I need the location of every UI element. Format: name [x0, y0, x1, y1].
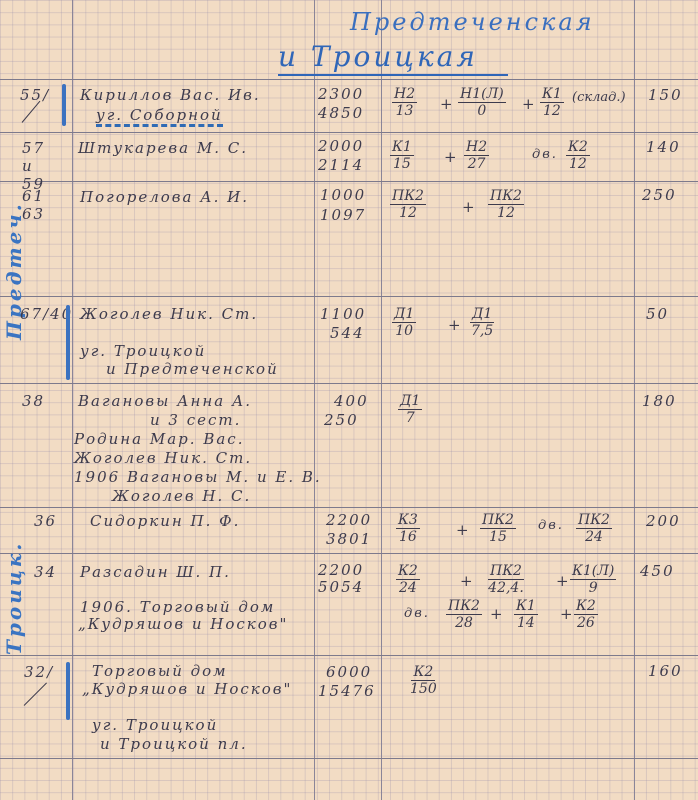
- area-bottom: 250: [324, 411, 359, 429]
- fraction-den: 7: [406, 410, 415, 426]
- area-top: 6000: [326, 663, 372, 681]
- fraction-den: 16: [399, 529, 417, 545]
- fraction-num: К2: [574, 598, 598, 615]
- building-fraction: Д17,5: [470, 306, 494, 339]
- value: 250: [642, 186, 677, 204]
- owner-note-line2: и Троицкой пл.: [100, 735, 248, 753]
- lot-slash: [24, 683, 47, 706]
- fraction-den: 24: [585, 529, 603, 545]
- building-fraction: Н227: [464, 139, 489, 172]
- value: 180: [642, 392, 677, 410]
- fraction-den: 27: [468, 156, 486, 172]
- fraction-num: К3: [396, 512, 420, 529]
- lot-number: 55/: [20, 86, 50, 104]
- area-top: 2200: [326, 511, 372, 529]
- area-top: 1100: [320, 305, 366, 323]
- fraction-den: 28: [455, 615, 473, 631]
- value: 150: [648, 86, 683, 104]
- yard-label: дв.: [538, 518, 564, 533]
- fraction-den: 15: [393, 156, 411, 172]
- column-divider-owner: [314, 0, 315, 800]
- fraction-num: Н1(Л): [458, 86, 506, 103]
- fraction-den: 42,4.: [488, 580, 524, 596]
- area-bottom: 5054: [318, 578, 364, 596]
- lot-number: 57 и 59: [22, 139, 52, 193]
- fraction-den: 7,5: [471, 323, 493, 339]
- owner-line: Жоголев Н. С.: [112, 487, 251, 505]
- street-title-line2: и Троицкая: [278, 40, 478, 73]
- fraction-den: 12: [543, 103, 561, 119]
- area-bottom: 4850: [318, 104, 364, 122]
- column-divider-number: [72, 0, 73, 800]
- area-top: 2300: [318, 85, 364, 103]
- plus-sign: +: [456, 521, 469, 539]
- area-bottom: 3801: [326, 530, 372, 548]
- plus-sign: +: [490, 605, 503, 623]
- owner-note-line2: и Предтеченской: [106, 360, 279, 378]
- fraction-num: ПК2: [480, 512, 516, 529]
- area-top: 2200: [318, 561, 364, 579]
- fraction-den: 24: [399, 580, 417, 596]
- building-fraction: Н1(Л)0: [458, 86, 506, 119]
- blue-bracket: [62, 84, 66, 126]
- fraction-num: Н2: [392, 86, 417, 103]
- area-top: 2000: [318, 137, 364, 155]
- area-top: 1000: [320, 186, 366, 204]
- fraction-num: Д1: [470, 306, 494, 323]
- yard-building-fraction: ПК224: [576, 512, 612, 545]
- value: 160: [648, 662, 683, 680]
- fraction-num: ПК2: [488, 188, 524, 205]
- owner-note: уг. Соборной: [96, 106, 223, 124]
- building-fraction: К1(Л)9: [570, 563, 616, 596]
- owner-note-line2: „Кудряшов и Носков": [78, 615, 288, 633]
- row-divider: [0, 507, 698, 508]
- yard-label: дв.: [404, 606, 430, 621]
- building-fraction: К115: [390, 139, 414, 172]
- fraction-den: 0: [477, 103, 486, 119]
- yard-building-fraction: К114: [514, 598, 538, 631]
- area-bottom: 1097: [320, 206, 366, 224]
- owner-line: 1906 Вагановы М. и Е. В.: [74, 468, 322, 486]
- building-fraction: К224: [396, 563, 420, 596]
- plus-sign: +: [440, 95, 453, 113]
- fraction-den: 12: [569, 156, 587, 172]
- building-fraction: Д110: [392, 306, 416, 339]
- fraction-num: ПК2: [446, 598, 482, 615]
- row-divider: [0, 655, 698, 656]
- fraction-num: К1: [390, 139, 414, 156]
- lot-number: 36: [34, 512, 57, 530]
- owner-note-line1: 1906. Торговый дом: [80, 598, 275, 616]
- plus-sign: +: [560, 605, 573, 623]
- column-divider-buildings: [634, 0, 635, 800]
- fraction-den: 10: [395, 323, 413, 339]
- value: 50: [646, 305, 669, 323]
- fraction-num: К1: [514, 598, 538, 615]
- owner-line: Жоголев Ник. Ст.: [74, 449, 252, 467]
- building-fraction: ПК212: [488, 188, 524, 221]
- value: 450: [640, 562, 675, 580]
- area-bottom: 544: [330, 324, 365, 342]
- row-divider: [0, 296, 698, 297]
- fraction-num: К1(Л): [570, 563, 616, 580]
- owner-line: Вагановы Анна А.: [78, 392, 252, 410]
- corner-note: уг. Соборной: [96, 106, 223, 127]
- fraction-den: 15: [489, 529, 507, 545]
- fraction-num: К2: [566, 139, 590, 156]
- building-fraction: ПК242,4.: [488, 563, 524, 596]
- fraction-num: К2: [396, 563, 420, 580]
- owner-line: и 3 сест.: [150, 411, 241, 429]
- blue-bracket: [66, 305, 70, 380]
- column-divider-area: [381, 0, 382, 800]
- yard-building-fraction: К226: [574, 598, 598, 631]
- owner-line2: „Кудряшов и Носков": [82, 680, 292, 698]
- plus-sign: +: [556, 572, 569, 590]
- lot-number: 32/: [24, 663, 54, 681]
- area-bottom: 15476: [318, 682, 376, 700]
- owner-note-line1: уг. Троицкой: [80, 342, 206, 360]
- fraction-den: 14: [517, 615, 535, 631]
- area-bottom: 2114: [318, 156, 364, 174]
- fraction-den: 26: [577, 615, 595, 631]
- fraction-num: Д1: [398, 393, 422, 410]
- yard-label: дв.: [532, 147, 558, 162]
- owner-name: Штукарева М. С.: [78, 139, 248, 157]
- value: 200: [646, 512, 681, 530]
- building-fraction: К316: [396, 512, 420, 545]
- lot-number: 61 63: [22, 187, 52, 223]
- fraction-den: 12: [399, 205, 417, 221]
- building-fraction: К112: [540, 86, 564, 119]
- row-divider: [0, 79, 698, 80]
- yard-building-fraction: К212: [566, 139, 590, 172]
- yard-building-fraction: ПК228: [446, 598, 482, 631]
- fraction-den: 13: [396, 103, 414, 119]
- fraction-den: 9: [589, 580, 598, 596]
- fraction-den: 12: [497, 205, 515, 221]
- building-fraction: Н213: [392, 86, 417, 119]
- plus-sign: +: [444, 148, 457, 166]
- row-divider: [0, 758, 698, 759]
- lot-number: 38: [22, 392, 45, 410]
- row-divider: [0, 132, 698, 133]
- fraction-num: Д1: [392, 306, 416, 323]
- building-fraction: К2150: [410, 664, 437, 697]
- lot-number: 34: [34, 563, 57, 581]
- fraction-num: ПК2: [488, 563, 524, 580]
- owner-name: Погорелова А. И.: [80, 188, 249, 206]
- area-top: 400: [334, 392, 369, 410]
- building-fraction: Д17: [398, 393, 422, 426]
- fraction-num: ПК2: [390, 188, 426, 205]
- building-fraction: ПК215: [480, 512, 516, 545]
- plus-sign: +: [462, 198, 475, 216]
- plus-sign: +: [448, 316, 461, 334]
- owner-line1: Торговый дом: [92, 662, 228, 680]
- buildings-note: (склад.): [572, 90, 626, 105]
- owner-name: Сидоркин П. Ф.: [90, 512, 240, 530]
- lot-slash: [22, 101, 41, 123]
- owner-note-line1: уг. Троицкой: [92, 716, 218, 734]
- street-title-line1: Предтеченская: [350, 8, 595, 36]
- row-divider: [0, 553, 698, 554]
- fraction-num: К2: [411, 664, 435, 681]
- row-divider: [0, 383, 698, 384]
- owner-name: Кириллов Вас. Ив.: [80, 86, 261, 104]
- plus-sign: +: [522, 95, 535, 113]
- fraction-den: 150: [410, 681, 437, 697]
- margin-note-lower: Троицк.: [2, 495, 26, 655]
- plus-sign: +: [460, 572, 473, 590]
- title-underline: [278, 74, 508, 76]
- owner-name: Разсадин Ш. П.: [80, 563, 231, 581]
- fraction-num: Н2: [464, 139, 489, 156]
- building-fraction: ПК212: [390, 188, 426, 221]
- value: 140: [646, 138, 681, 156]
- blue-bracket: [66, 662, 70, 720]
- owner-line: Родина Мар. Вас.: [74, 430, 244, 448]
- fraction-num: К1: [540, 86, 564, 103]
- fraction-num: ПК2: [576, 512, 612, 529]
- owner-name: Жоголев Ник. Ст.: [80, 305, 258, 323]
- row-divider: [0, 181, 698, 182]
